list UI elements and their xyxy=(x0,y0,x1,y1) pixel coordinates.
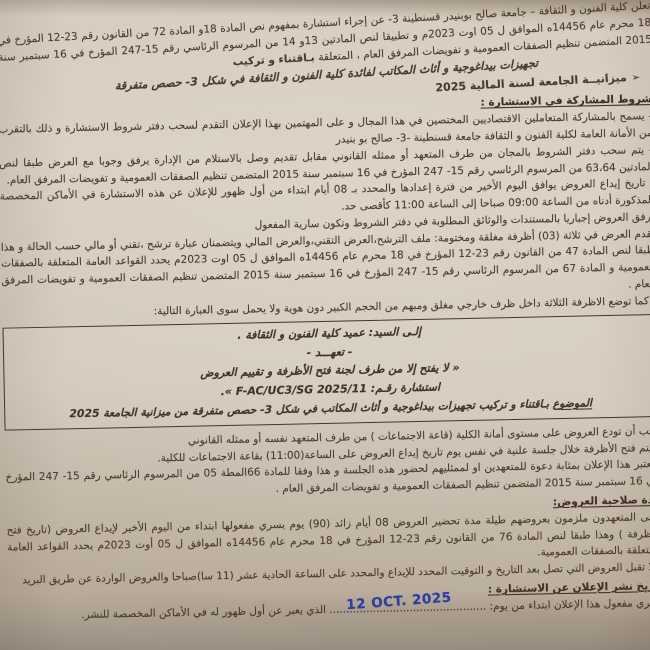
publication-prefix-text: يسري مفعول هذا الإعلان ابتداء من يوم: xyxy=(489,597,650,613)
publication-suffix-text: الذي يعبر عن أول ظهور له في الأماكن المخ… xyxy=(81,604,326,621)
outer-envelope-inscription-box: إلـى السيد: عميد كلية الفنون و الثقافة .… xyxy=(2,314,650,431)
box-subject-label: الموضوع xyxy=(553,397,593,411)
document-sheet: تعلن كلية الفنون و الثقافة – جامعة صالح … xyxy=(0,0,650,625)
intro-body-bold-text: بـاقتناء و تركيب xyxy=(232,51,318,68)
scanned-document-photo: { "theme": { "paper_color": "#d2c8b9", "… xyxy=(0,0,650,650)
arrow-bullet-icon: ➢ xyxy=(631,71,640,87)
